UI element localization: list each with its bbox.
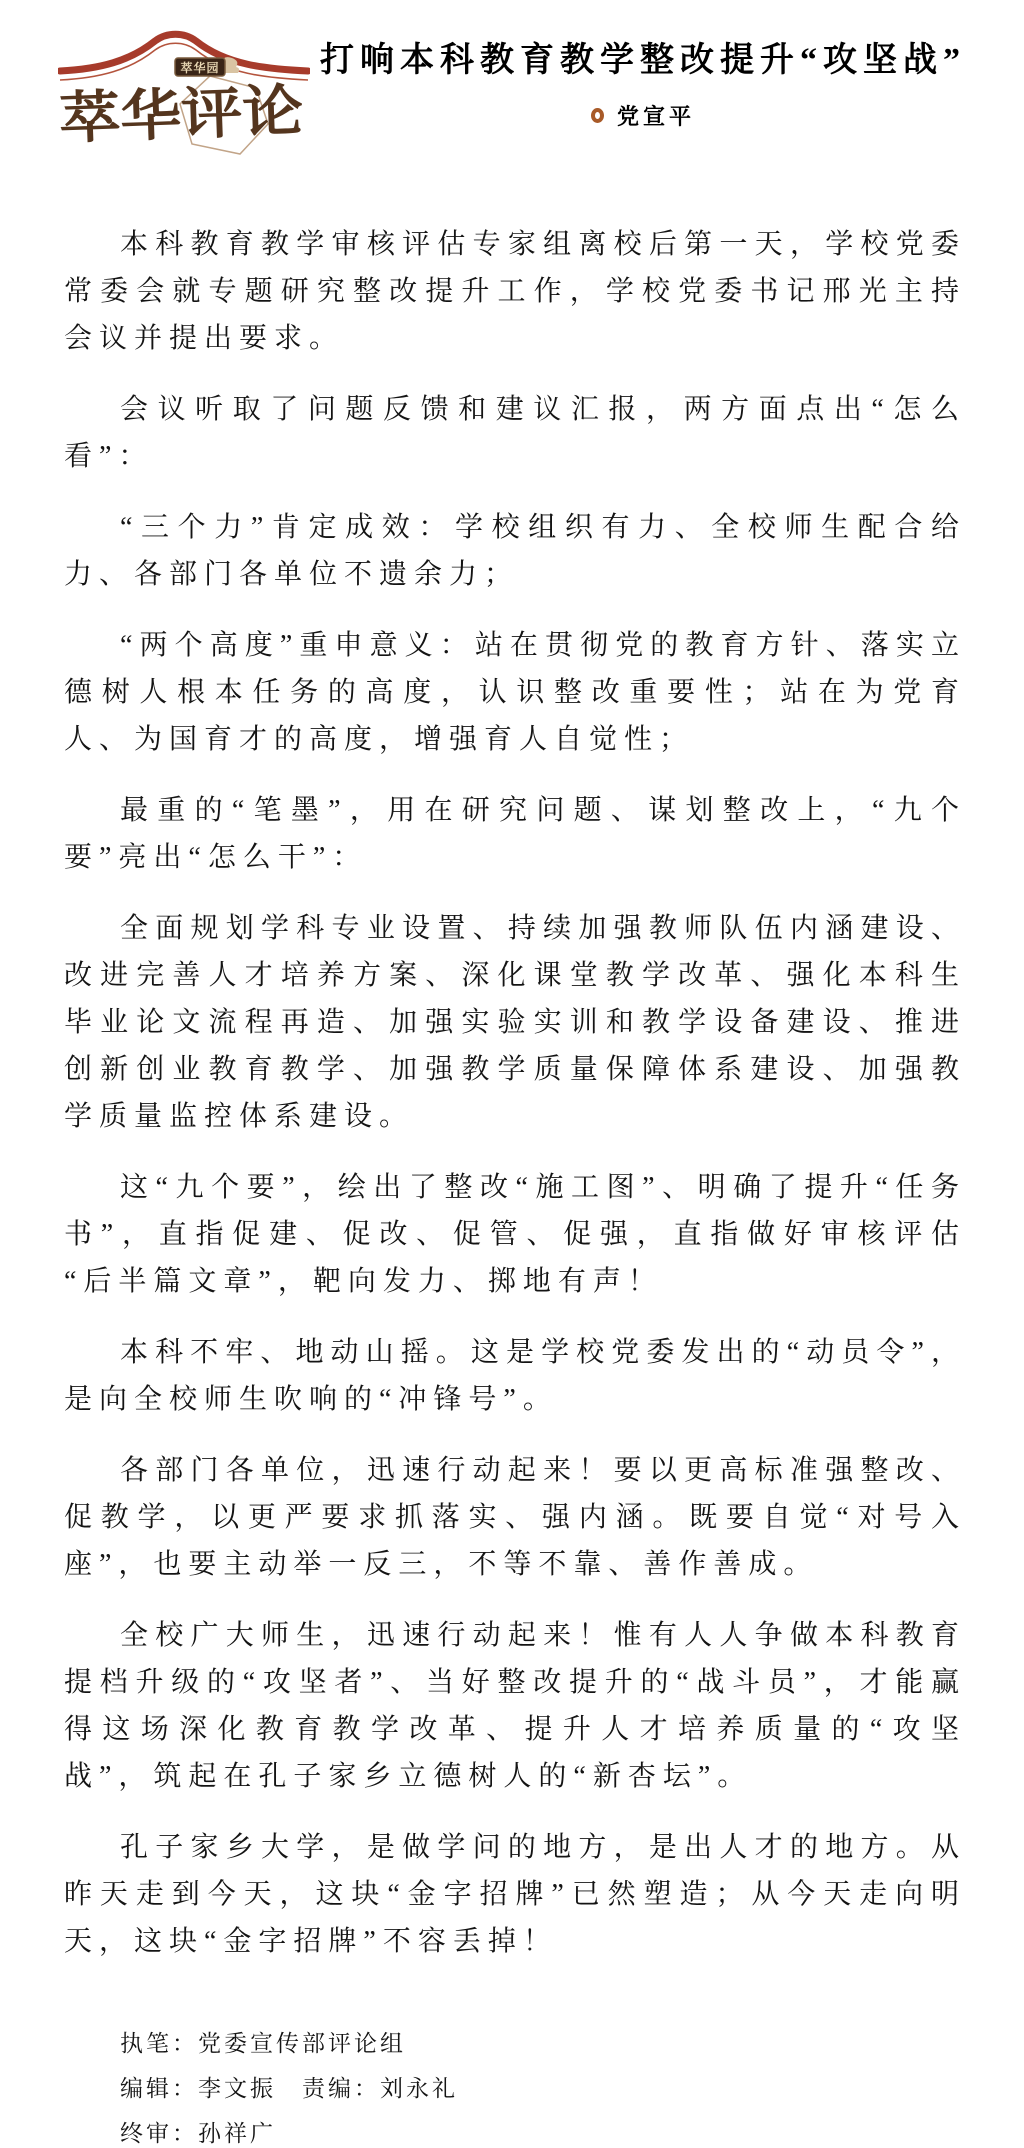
logo-graphic: 萃华园 萃华评论 [58, 24, 310, 158]
paragraph: 本科不牢、地动山摇。这是学校党委发出的“动员令”，是向全校师生吹响的“冲锋号”。 [64, 1329, 966, 1423]
paragraph: 最重的“笔墨”，用在研究问题、谋划整改上，“九个要”亮出“怎么干”： [64, 787, 966, 881]
logo-brand-text: 萃华评论 [58, 81, 304, 151]
paragraph: 各部门各单位，迅速行动起来！要以更高标准强整改、促教学，以更严要求抓落实、强内涵… [64, 1447, 966, 1588]
footer-editor-line: 编辑：李文振 责编：刘永礼 [120, 2066, 1024, 2111]
article-header: 萃华园 萃华评论 打响本科教育教学整改提升“攻坚战” 党宣平 [0, 0, 1024, 163]
paragraph: 孔子家乡大学，是做学问的地方，是出人才的地方。从昨天走到今天，这块“金字招牌”已… [64, 1824, 966, 1965]
paragraph: “三个力”肯定成效：学校组织有力、全校师生配合给力、各部门各单位不遗余力； [64, 504, 966, 598]
article-body: 本科教育教学审核评估专家组离校后第一天，学校党委常委会就专题研究整改提升工作，学… [0, 221, 1024, 1965]
title-block: 打响本科教育教学整改提升“攻坚战” 党宣平 [310, 22, 1004, 131]
footer-writer-line: 执笔：党委宣传部评论组 [120, 2021, 1024, 2066]
paragraph: 这“九个要”，绘出了整改“施工图”、明确了提升“任务书”，直指促建、促改、促管、… [64, 1164, 966, 1305]
article-footer: 执笔：党委宣传部评论组 编辑：李文振 责编：刘永礼 终审：孙祥广 [0, 2021, 1024, 2148]
footer-reviewer-line: 终审：孙祥广 [120, 2111, 1024, 2148]
paragraph: 全校广大师生，迅速行动起来！惟有人人争做本科教育提档升级的“攻坚者”、当好整改提… [64, 1612, 966, 1800]
logo-plaque-text: 萃华园 [180, 60, 219, 75]
paragraph: 会议听取了问题反馈和建议汇报，两方面点出“怎么看”： [64, 386, 966, 480]
paragraph: 本科教育教学审核评估专家组离校后第一天，学校党委常委会就专题研究整改提升工作，学… [64, 221, 966, 362]
author-row: 党宣平 [310, 100, 976, 131]
cuihua-review-logo: 萃华园 萃华评论 [58, 24, 310, 163]
ring-bullet-icon [591, 108, 604, 123]
author-name: 党宣平 [617, 100, 695, 131]
paragraph: 全面规划学科专业设置、持续加强教师队伍内涵建设、改进完善人才培养方案、深化课堂教… [64, 905, 966, 1140]
page-title: 打响本科教育教学整改提升“攻坚战” [310, 38, 976, 84]
paragraph: “两个高度”重申意义：站在贯彻党的教育方针、落实立德树人根本任务的高度，认识整改… [64, 622, 966, 763]
